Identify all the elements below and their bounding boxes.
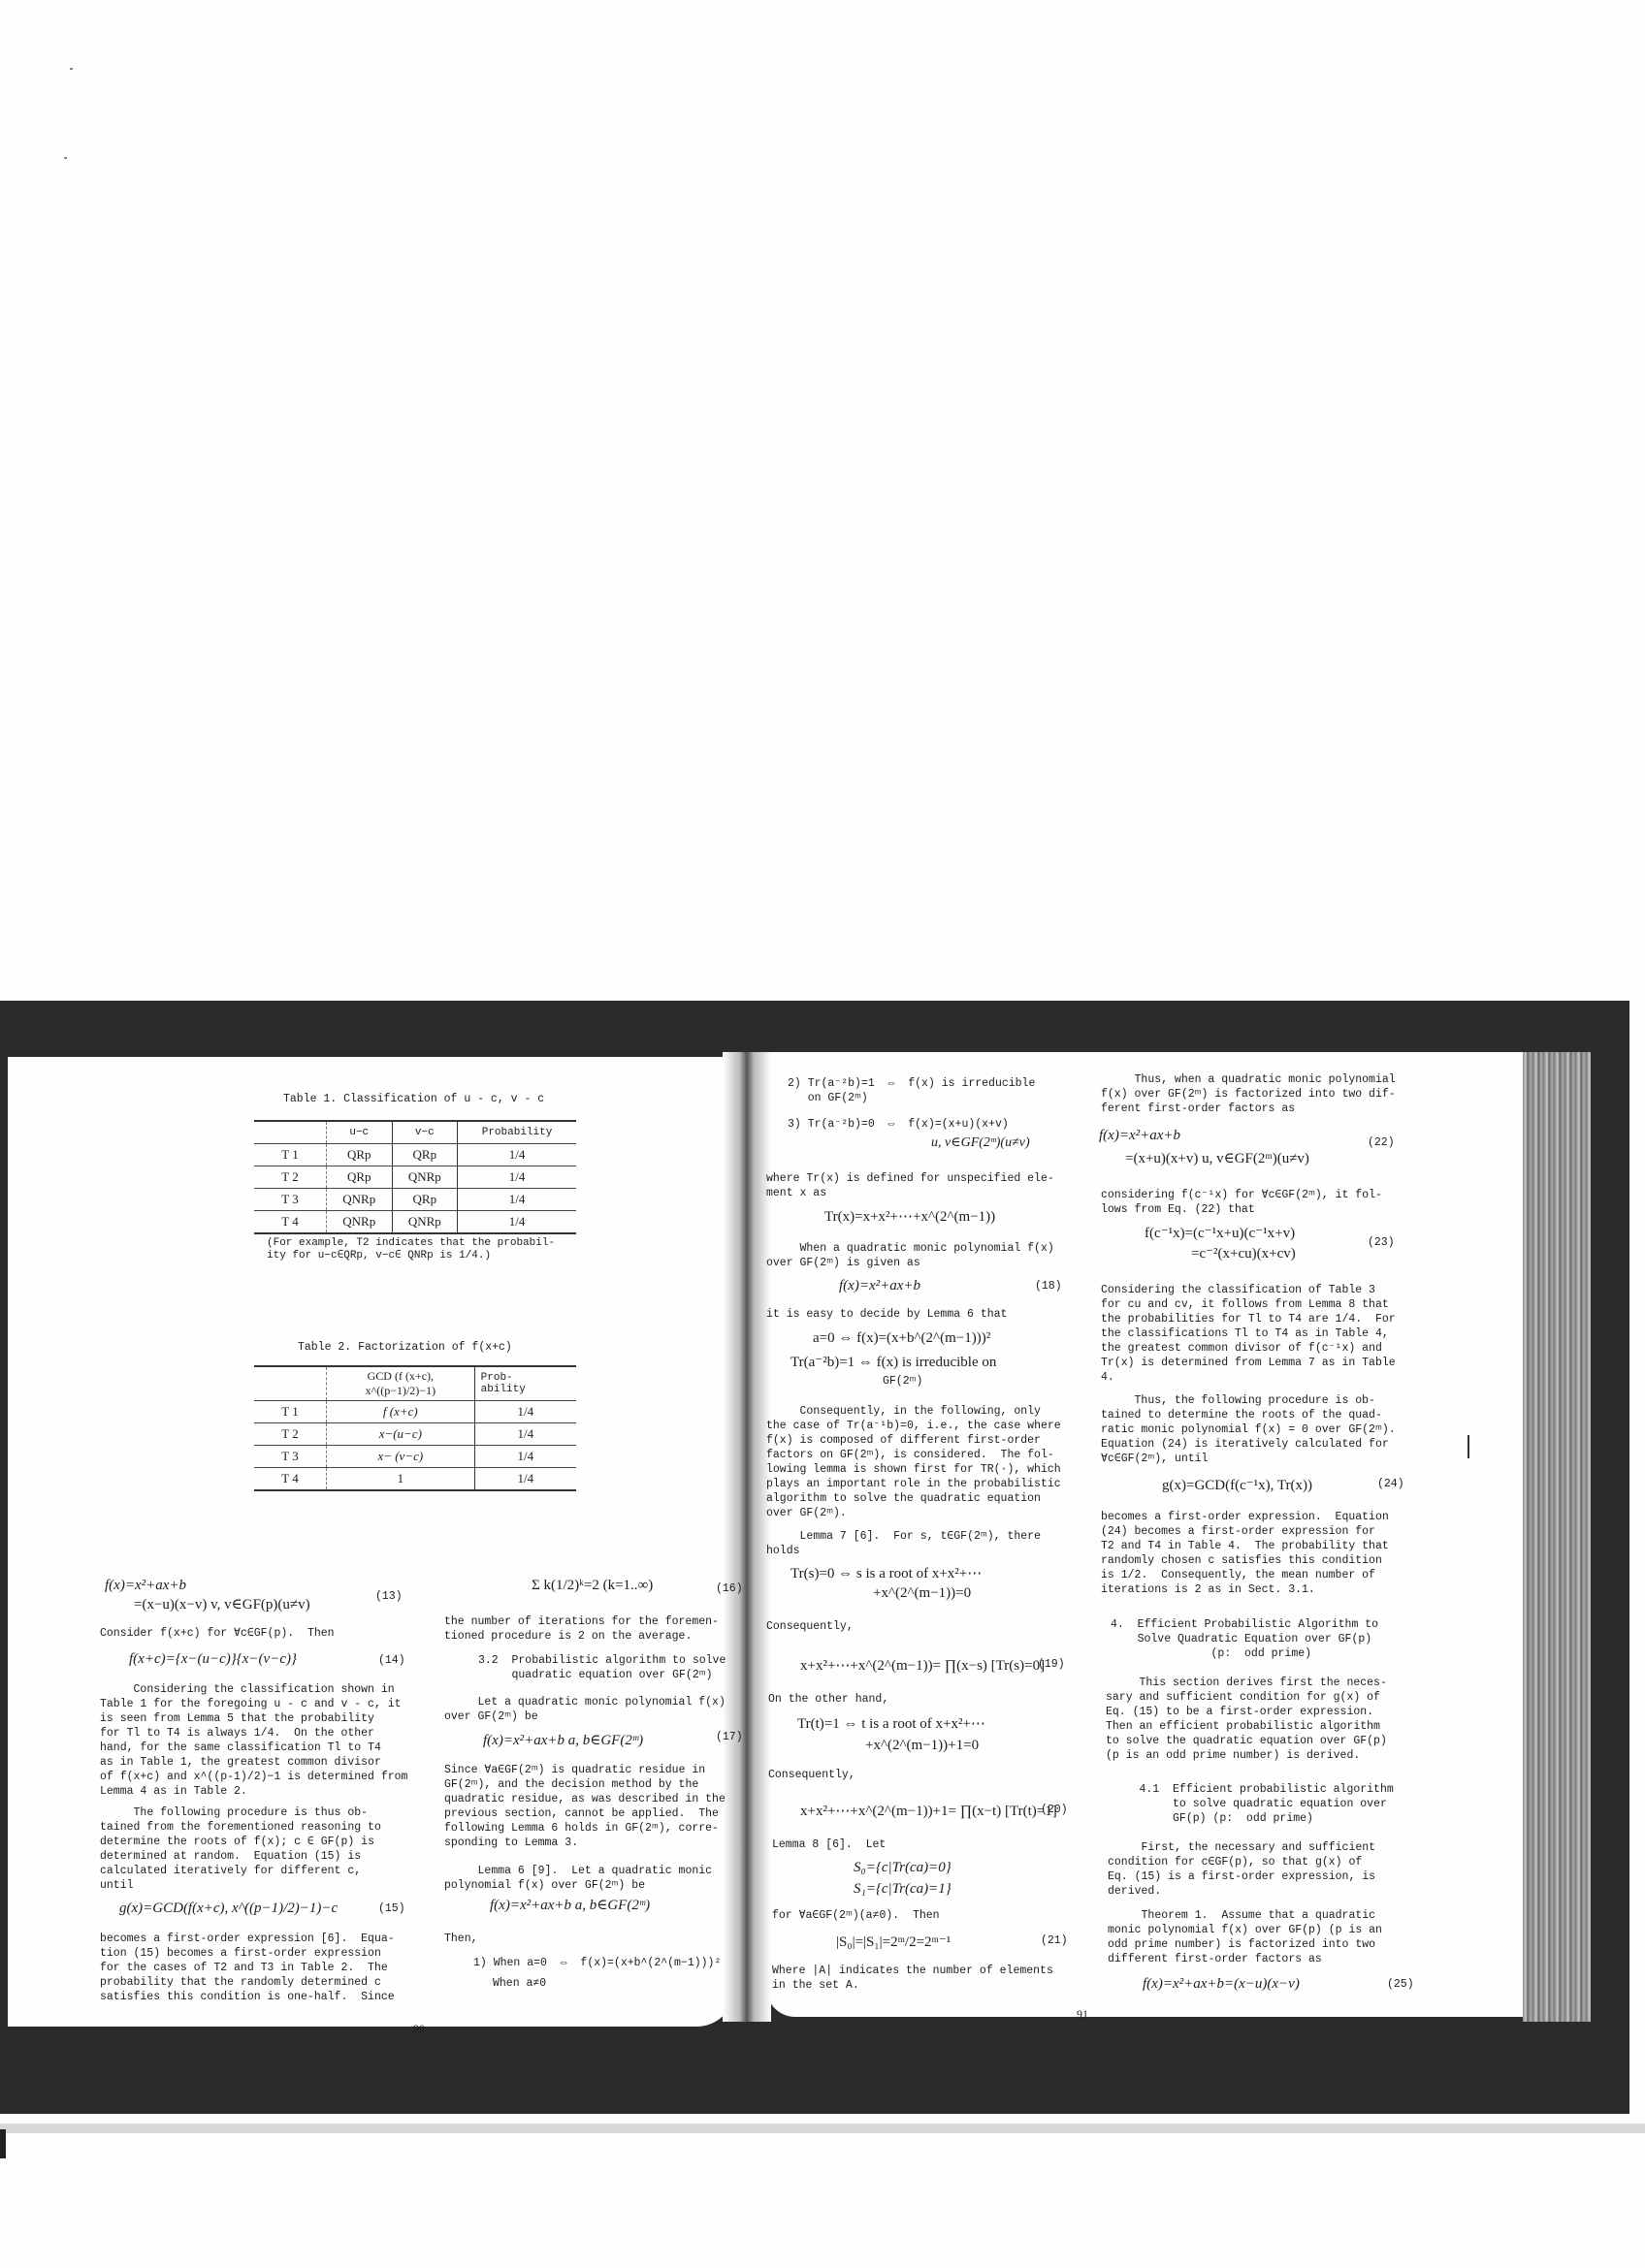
paragraph: for ∀a∈GF(2ᵐ)(a≠0). Then xyxy=(772,1908,940,1923)
paragraph: Thus, when a quadratic monic polynomial … xyxy=(1101,1072,1396,1116)
lemma-7-tr-t: Tr(t)=1 ⇔ t is a root of x+x²+⋯ xyxy=(797,1714,985,1733)
table2-cell: T 1 xyxy=(254,1401,327,1423)
equation-23-line1: f(c⁻¹x)=(c⁻¹x+u)(c⁻¹x+v) xyxy=(1145,1224,1295,1242)
table1-cell: QNRp xyxy=(327,1189,393,1211)
table1-cell: QNRp xyxy=(392,1211,458,1234)
equation-number: (17) xyxy=(716,1731,743,1743)
equation-number: (21) xyxy=(1041,1934,1068,1947)
condition-a-zero: a=0 ⇔ f(x)=(x+b^(2^(m−1)))² xyxy=(813,1330,990,1347)
table-row: T 3 QNRp QRp 1/4 xyxy=(254,1189,576,1211)
equation-number: (13) xyxy=(375,1590,403,1603)
equation-19: x+x²+⋯+x^(2^(m−1))= ∏(x−s) [Tr(s)=0] xyxy=(800,1656,1045,1675)
table2-cell: 1/4 xyxy=(474,1446,576,1468)
table2-header xyxy=(254,1366,327,1401)
table2-cell: x− (v−c) xyxy=(327,1446,475,1468)
table-row: T 1 f (x+c) 1/4 xyxy=(254,1401,576,1423)
paragraph: the number of iterations for the foremen… xyxy=(444,1614,719,1644)
table1-cell: 1/4 xyxy=(458,1144,576,1166)
table1-header: u−c xyxy=(327,1121,393,1144)
lemma-7-tr-t-cont: +x^(2^(m−1))+1=0 xyxy=(865,1738,979,1754)
table2-cell: f (x+c) xyxy=(327,1401,475,1423)
table2-cell: 1/4 xyxy=(474,1423,576,1446)
equation-22-line1: f(x)=x²+ax+b xyxy=(1099,1128,1180,1144)
table1-cell: QNRp xyxy=(327,1211,393,1234)
paragraph: Let a quadratic monic polynomial f(x) ov… xyxy=(444,1695,726,1724)
equation-number: (15) xyxy=(378,1902,405,1915)
set-s0: S₀={c|Tr(ca)=0} xyxy=(854,1860,952,1876)
table1-cell: QRp xyxy=(327,1144,393,1166)
equation-trace: Tr(x)=x+x²+⋯+x^(2^(m−1)) xyxy=(824,1207,995,1226)
table1-cell: T 3 xyxy=(254,1189,327,1211)
table-row: T 2 x−(u−c) 1/4 xyxy=(254,1423,576,1446)
equation-22-line2: =(x+u)(x+v) u, v∈GF(2ᵐ)(u≠v) xyxy=(1125,1149,1309,1167)
equation-number: (16) xyxy=(716,1582,743,1595)
table2-cell: T 4 xyxy=(254,1468,327,1491)
paragraph: Consider f(x+c) for ∀c∈GF(p). Then xyxy=(100,1626,335,1641)
paragraph: Since ∀a∈GF(2ᵐ) is quadratic residue in … xyxy=(444,1763,726,1850)
table1-note: (For example, T2 indicates that the prob… xyxy=(267,1237,555,1262)
lemma-6-item-1: 1) When a=0 ⇔ f(x)=(x+b^(2^(m−1)))² xyxy=(473,1956,721,1970)
lemma-6: Lemma 6 [9]. Let a quadratic monic polyn… xyxy=(444,1864,712,1893)
paragraph: On the other hand, xyxy=(768,1692,888,1707)
scan-speck xyxy=(64,157,67,159)
table1-header: v−c xyxy=(392,1121,458,1144)
paragraph: When a quadratic monic polynomial f(x) o… xyxy=(766,1241,1054,1270)
equation-14: f(x+c)={x−(u−c)}{x−(v−c)} xyxy=(129,1651,297,1668)
table2-cell: 1/4 xyxy=(474,1468,576,1491)
equation-16: Σ k(1/2)ᵏ=2 (k=1..∞) xyxy=(532,1578,653,1594)
equation-25: f(x)=x²+ax+b=(x−u)(x−v) xyxy=(1143,1976,1300,1993)
equation-13-line1: f(x)=x²+ax+b xyxy=(105,1578,186,1594)
lemma-8: Lemma 8 [6]. Let xyxy=(772,1837,886,1852)
equation-number: (19) xyxy=(1038,1658,1065,1671)
table1-header: Probability xyxy=(458,1121,576,1144)
paragraph: Where |A| indicates the number of elemen… xyxy=(772,1964,1053,1993)
paragraph: Consequently, in the following, only the… xyxy=(766,1404,1061,1520)
page-number-left: 90 xyxy=(413,2022,425,2036)
lemma-6-item-1b: When a≠0 xyxy=(493,1976,546,1991)
equation-number: (24) xyxy=(1377,1478,1404,1490)
condition-irreducible: Tr(a⁻²b)=1 ⇔ f(x) is irreducible on xyxy=(790,1353,996,1371)
table1-cell: T 1 xyxy=(254,1144,327,1166)
table1-cell: QNRp xyxy=(392,1166,458,1189)
table1-cell: 1/4 xyxy=(458,1189,576,1211)
equation-number: (14) xyxy=(378,1654,405,1667)
paragraph: First, the necessary and sufficient cond… xyxy=(1108,1840,1375,1899)
section-heading-4: 4. Efficient Probabilistic Algorithm to … xyxy=(1111,1617,1378,1661)
paragraph: This section derives first the neces- sa… xyxy=(1106,1676,1387,1763)
lemma-7-tr-s: Tr(s)=0 ⇔ s is a root of x+x²+⋯ xyxy=(790,1564,982,1582)
page-number-right: 91 xyxy=(1077,2007,1088,2022)
lemma-6-item-3: 3) Tr(a⁻²b)=0 ⇔ f(x)=(x+u)(x+v) xyxy=(788,1117,1009,1132)
paragraph: Considering the classification shown in … xyxy=(100,1682,407,1799)
table-row: T 3 x− (v−c) 1/4 xyxy=(254,1446,576,1468)
table2-cell: T 2 xyxy=(254,1423,327,1446)
section-heading-3-2: 3.2 Probabilistic algorithm to solve qua… xyxy=(478,1653,726,1682)
equation-13-line2: =(x−u)(x−v) v, v∈GF(p)(u≠v) xyxy=(134,1595,310,1613)
table1-cell: QRp xyxy=(392,1144,458,1166)
table-row: T 1 QRp QRp 1/4 xyxy=(254,1144,576,1166)
table2-cell: T 3 xyxy=(254,1446,327,1468)
scanner-edge xyxy=(0,2124,1645,2133)
table2-header: Prob- ability xyxy=(474,1366,576,1401)
table1-cell: QRp xyxy=(327,1166,393,1189)
book-gutter xyxy=(723,1052,771,2022)
table2: GCD (f (x+c), x^((p−1)/2)−1) Prob- abili… xyxy=(254,1365,576,1491)
table2-cell: 1 xyxy=(327,1468,475,1491)
equation-17: f(x)=x²+ax+b a, b∈GF(2ᵐ) xyxy=(483,1731,643,1749)
lemma-6-item-2: 2) Tr(a⁻²b)=1 ⇔ f(x) is irreducible on G… xyxy=(788,1076,1035,1105)
condition-irreducible-field: GF(2ᵐ) xyxy=(883,1374,922,1389)
table1-cell: T 2 xyxy=(254,1166,327,1189)
table-row: T 4 1 1/4 xyxy=(254,1468,576,1491)
equation-number: (18) xyxy=(1035,1280,1062,1293)
table-row: T 2 QRp QNRp 1/4 xyxy=(254,1166,576,1189)
equation-23-line2: =c⁻²(x+cu)(x+cv) xyxy=(1191,1244,1296,1262)
equation-24: g(x)=GCD(f(c⁻¹x), Tr(x)) xyxy=(1162,1476,1312,1494)
section-heading-4-1: 4.1 Efficient probabilistic algorithm to… xyxy=(1106,1782,1394,1826)
equation-number: (23) xyxy=(1368,1236,1395,1249)
table1: u−c v−c Probability T 1 QRp QRp 1/4 T 2 … xyxy=(254,1120,576,1234)
table1-cell: QRp xyxy=(392,1189,458,1211)
paragraph: Considering the classification of Table … xyxy=(1101,1283,1396,1385)
equation-18: f(x)=x²+ax+b xyxy=(839,1278,920,1294)
scan-mark xyxy=(1468,1435,1469,1458)
table1-header xyxy=(254,1121,327,1144)
table2-caption: Table 2. Factorization of f(x+c) xyxy=(298,1341,512,1354)
paragraph: it is easy to decide by Lemma 6 that xyxy=(766,1307,1007,1322)
scan-speck xyxy=(70,68,73,70)
set-s1: S₁={c|Tr(ca)=1} xyxy=(854,1881,952,1898)
equation-20: x+x²+⋯+x^(2^(m−1))+1= ∏(x−t) [Tr(t)=1] xyxy=(800,1802,1057,1820)
table1-cell: 1/4 xyxy=(458,1166,576,1189)
paragraph: The following procedure is thus ob- tain… xyxy=(100,1805,381,1893)
table2-header: GCD (f (x+c), x^((p−1)/2)−1) xyxy=(327,1366,475,1401)
table1-cell: 1/4 xyxy=(458,1211,576,1234)
paragraph: Consequently, xyxy=(766,1619,854,1634)
equation-lemma6: f(x)=x²+ax+b a, b∈GF(2ᵐ) xyxy=(490,1896,650,1914)
page-edges xyxy=(1523,1052,1591,2022)
equation-number: (25) xyxy=(1387,1978,1414,1991)
table-row: T 4 QNRp QNRp 1/4 xyxy=(254,1211,576,1234)
scanner-edge-mark xyxy=(0,2129,6,2158)
paragraph: Thus, the following procedure is ob- tai… xyxy=(1101,1393,1396,1466)
equation-15: g(x)=GCD(f(x+c), x^((p−1)/2)−1)−c xyxy=(119,1901,338,1917)
equation-number: (20) xyxy=(1041,1804,1068,1816)
table1-caption: Table 1. Classification of u - c, v - c xyxy=(283,1093,544,1105)
lemma-7-tr-s-cont: +x^(2^(m−1))=0 xyxy=(873,1585,971,1602)
paragraph: becomes a first-order expression. Equati… xyxy=(1101,1510,1389,1597)
equation-21: |S₀|=|S₁|=2ᵐ/2=2ᵐ⁻¹ xyxy=(836,1933,951,1951)
lemma-7: Lemma 7 [6]. For s, t∈GF(2ᵐ), there hold… xyxy=(766,1529,1041,1558)
paragraph: Consequently, xyxy=(768,1768,855,1782)
table2-cell: 1/4 xyxy=(474,1401,576,1423)
paragraph: Then, xyxy=(444,1932,478,1946)
table2-cell: x−(u−c) xyxy=(327,1423,475,1446)
theorem-1: Theorem 1. Assume that a quadratic monic… xyxy=(1108,1908,1382,1966)
lemma-6-item-3b: u, v∈GF(2ᵐ)(u≠v) xyxy=(931,1134,1030,1151)
paragraph: becomes a first-order expression [6]. Eq… xyxy=(100,1932,395,2004)
table1-cell: T 4 xyxy=(254,1211,327,1234)
equation-number: (22) xyxy=(1368,1136,1395,1149)
paragraph: where Tr(x) is defined for unspecified e… xyxy=(766,1171,1054,1200)
paragraph: considering f(c⁻¹x) for ∀c∈GF(2ᵐ), it fo… xyxy=(1101,1188,1382,1217)
